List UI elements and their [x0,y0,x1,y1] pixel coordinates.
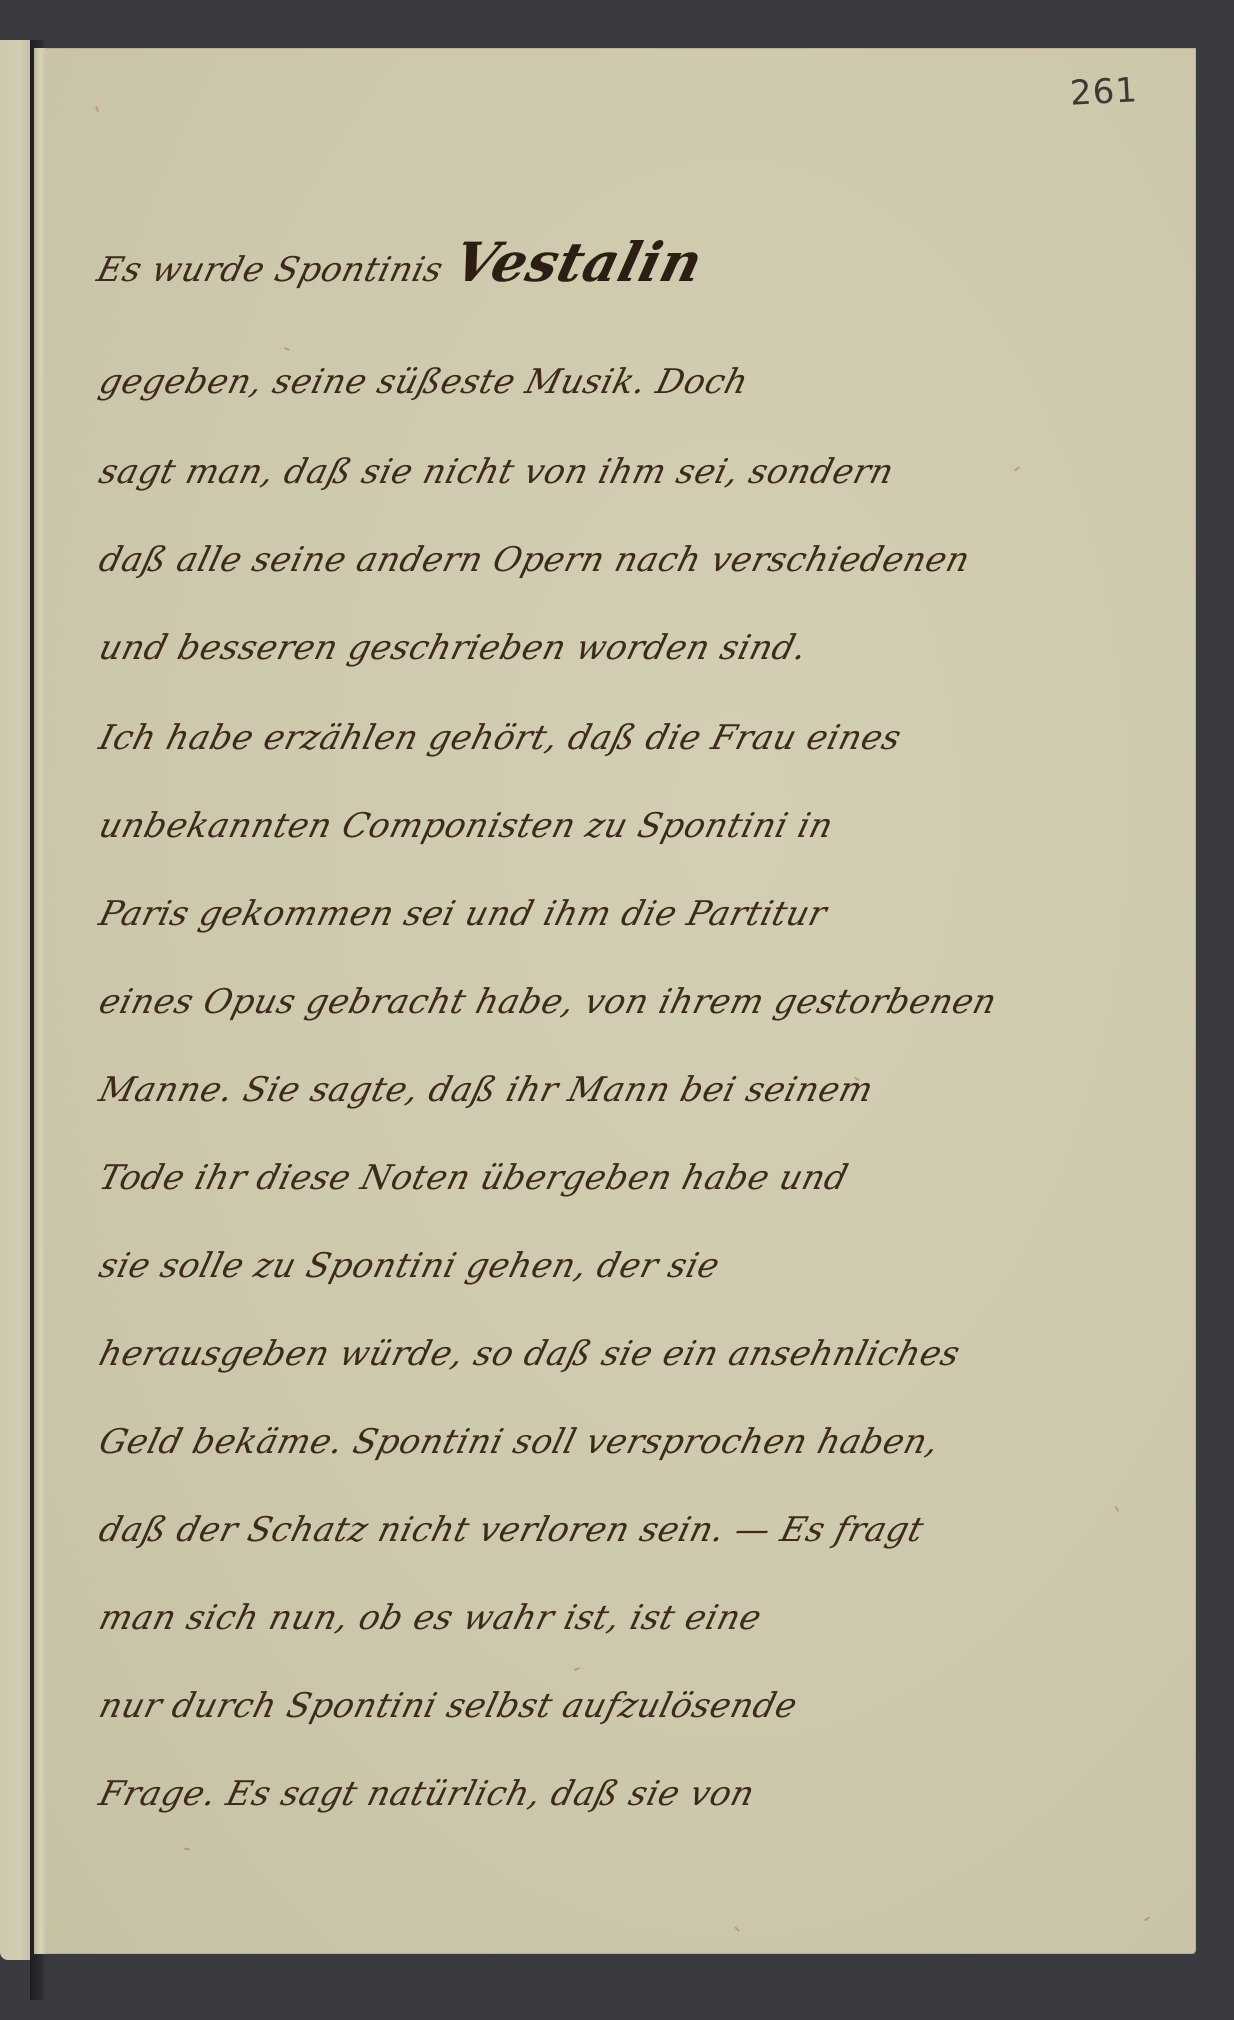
paper-fiber [574,1667,580,1671]
manuscript-line: Manne. Sie sagte, daß ihr Mann bei seine… [95,1070,877,1110]
manuscript-line: und besseren geschrieben worden sind. [95,628,811,668]
manuscript-line: nur durch Spontini selbst aufzulösende [95,1686,801,1726]
manuscript-line: herausgeben würde, so daß sie ein ansehn… [95,1334,964,1374]
scan-background: 261 Es wurde Spontinis Vestalin gegeben,… [0,0,1234,2020]
manuscript-line: Es wurde Spontinis Vestalin [92,230,709,294]
manuscript-line: gegeben, seine süßeste Musik. Doch [95,362,753,402]
manuscript-line: man sich nun, ob es wahr ist, ist eine [95,1598,766,1638]
paper-fiber [1144,1917,1150,1922]
manuscript-line: unbekannten Componisten zu Spontini in [95,806,837,846]
paper-fiber [95,106,99,112]
line-text: Es wurde Spontinis [93,250,447,290]
manuscript-line: Paris gekommen sei und ihm die Partitur [95,894,831,934]
paper-fiber [734,1926,740,1932]
opera-title: Vestalin [448,230,710,294]
manuscript-line: sie solle zu Spontini gehen, der sie [95,1246,724,1286]
manuscript-line: sagt man, daß sie nicht von ihm sei, son… [95,452,898,492]
manuscript-line: Frage. Es sagt natürlich, daß sie von [95,1774,759,1814]
gutter-fold [34,48,46,1954]
paper-fiber [1115,1506,1120,1512]
paper-fiber [184,1847,190,1850]
previous-page-edge [0,40,34,1960]
manuscript-line: Ich habe erzählen gehört, daß die Frau e… [95,718,905,758]
manuscript-line: daß der Schatz nicht verloren sein. — Es… [95,1510,928,1550]
paper-fiber [1014,466,1020,471]
manuscript-line: eines Opus gebracht habe, von ihrem gest… [95,982,1001,1022]
paper-fiber [284,347,290,351]
manuscript-line: Geld bekäme. Spontini soll versprochen h… [95,1422,943,1462]
manuscript-line: Tode ihr diese Noten übergeben habe und [95,1158,852,1198]
page-number: 261 [1069,70,1139,113]
manuscript-line: daß alle seine andern Opern nach verschi… [95,540,974,580]
